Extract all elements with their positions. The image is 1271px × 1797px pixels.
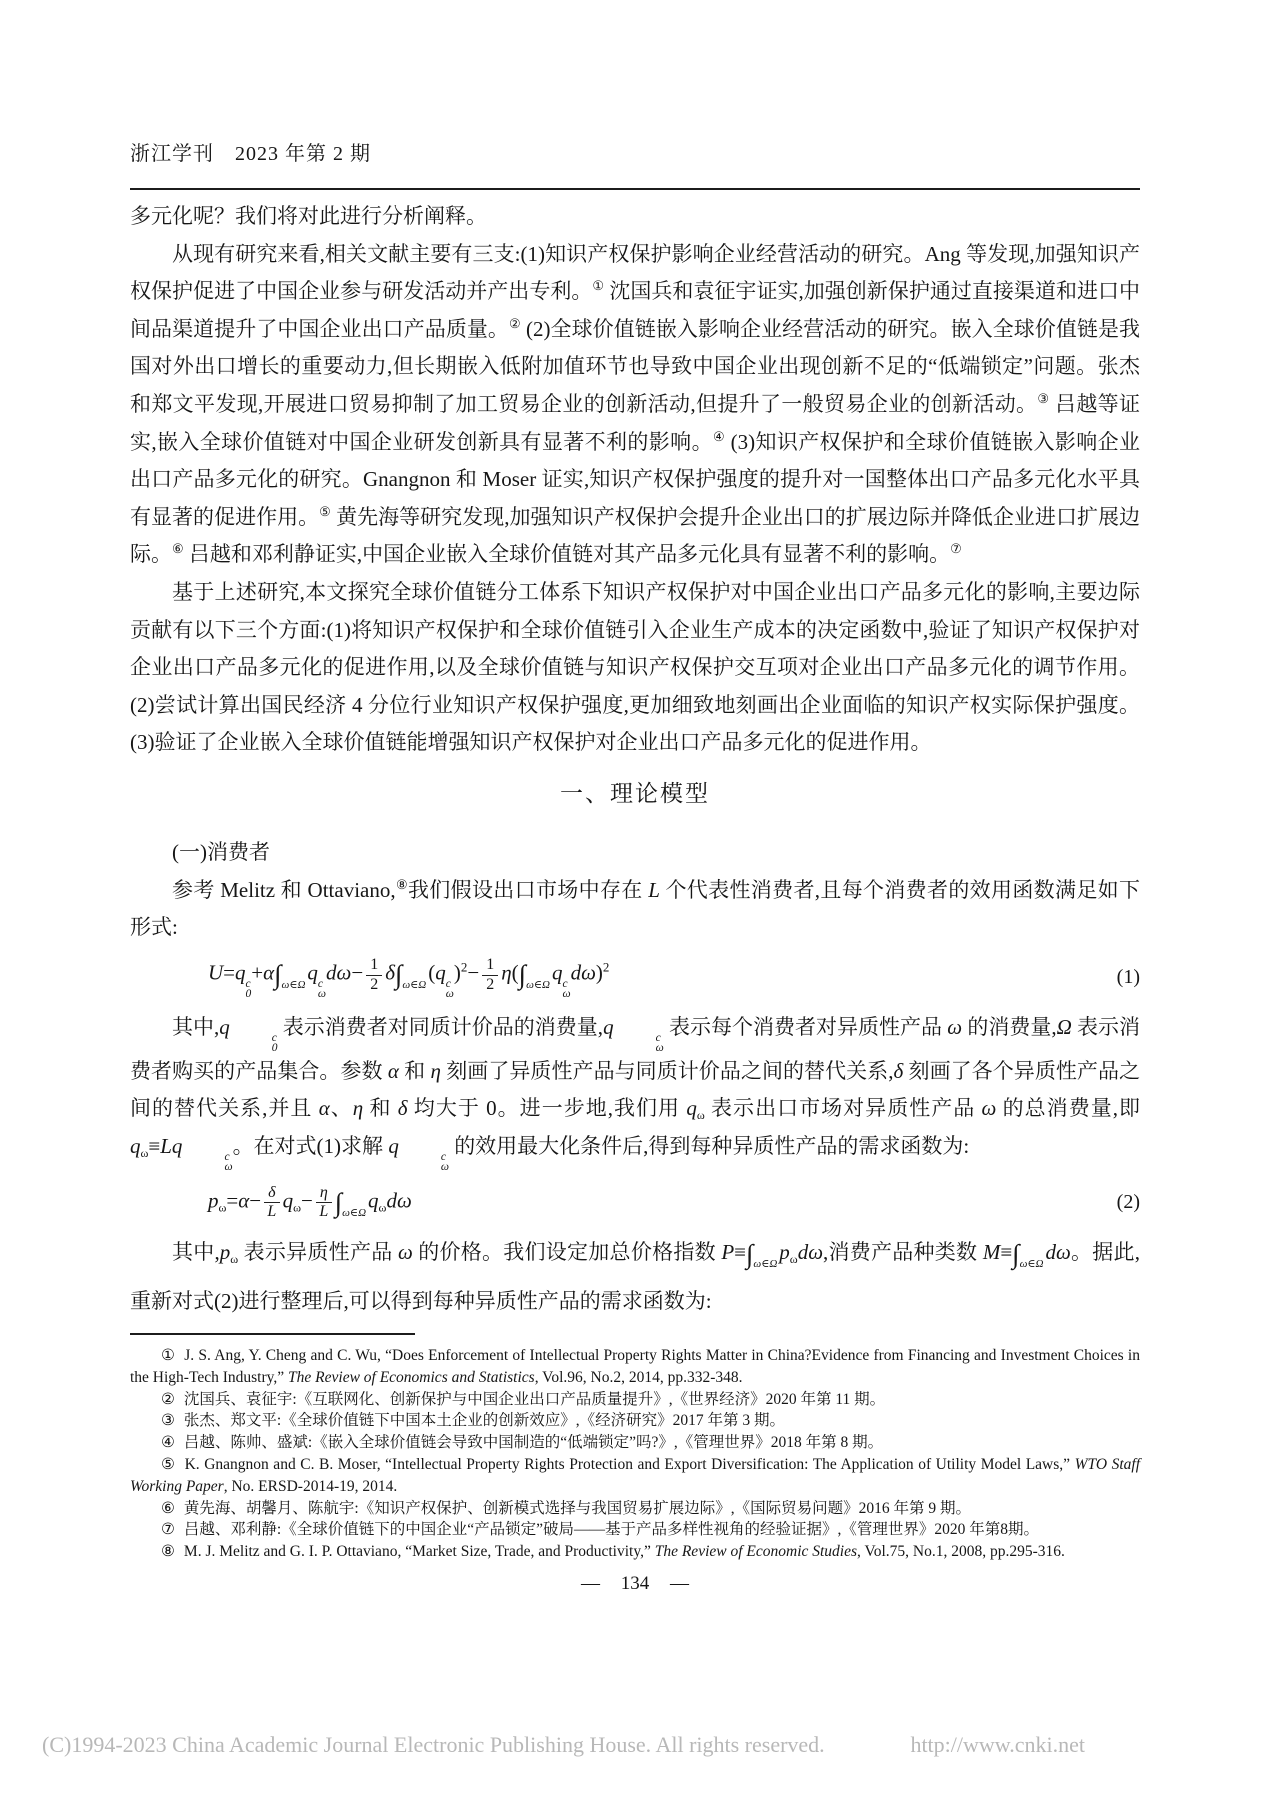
journal-header: 浙江学刊 2023 年第 2 期 (130, 141, 1140, 167)
page-number: — 134 — (130, 1573, 1140, 1595)
footnote-item: ①J. S. Ang, Y. Cheng and C. Wu, “Does En… (130, 1345, 1140, 1389)
equation-1-body: U=qc0+α∫ω∈Ωqcωdω−12δ∫ω∈Ω(qcω)2−12η(∫ω∈Ωq… (208, 956, 609, 999)
footnote-number: ③ (161, 1412, 175, 1429)
footnote-number: ④ (161, 1434, 175, 1451)
paragraph-consumer-setup: 参考 Melitz 和 Ottaviano,⑧我们假设出口市场中存在 L 个代表… (130, 872, 1140, 947)
subsection-heading: (一)消费者 (130, 834, 1140, 872)
footnote-text: K. Gnangnon and C. B. Moser, “Intellectu… (130, 1456, 1140, 1495)
equation-2-body: pω=α−δLqω−ηL∫ω∈Ωqωdω (208, 1184, 412, 1222)
paragraph-equation1-explanation: 其中,qc0 表示消费者对同质计价品的消费量,qcω 表示每个消费者对异质性产品… (130, 1009, 1140, 1172)
watermark-copyright: (C)1994-2023 China Academic Journal Elec… (42, 1732, 825, 1758)
footnote-text: 吕越、邓利静:《全球价值链下的中国企业“产品锁定”破局——基于产品多样性视角的经… (184, 1521, 1039, 1538)
footnote-item: ⑦吕越、邓利静:《全球价值链下的中国企业“产品锁定”破局——基于产品多样性视角的… (130, 1519, 1140, 1541)
footnote-item: ②沈国兵、袁征宇:《互联网化、创新保护与中国企业出口产品质量提升》,《世界经济》… (130, 1389, 1140, 1411)
footnote-item: ⑧M. J. Melitz and G. I. P. Ottaviano, “M… (130, 1541, 1140, 1563)
header-rule (130, 188, 1140, 190)
journal-page: 浙江学刊 2023 年第 2 期 多元化呢？我们将对此进行分析阐释。 从现有研究… (0, 0, 1271, 1797)
footnote-text: J. S. Ang, Y. Cheng and C. Wu, “Does Enf… (130, 1347, 1140, 1386)
footnote-separator (130, 1333, 415, 1335)
footnote-number: ⑤ (161, 1456, 176, 1473)
footnote-text: 吕越、陈帅、盛斌:《嵌入全球价值链会导致中国制造的“低端锁定”吗?》,《管理世界… (184, 1434, 883, 1451)
page-content: 浙江学刊 2023 年第 2 期 多元化呢？我们将对此进行分析阐释。 从现有研究… (0, 141, 1271, 1595)
section-heading: 一、理论模型 (130, 779, 1140, 809)
footnote-text: 张杰、郑文平:《全球价值链下中国本土企业的创新效应》,《经济研究》2017 年第… (184, 1412, 785, 1429)
watermark: (C)1994-2023 China Academic Journal Elec… (42, 1732, 1085, 1758)
footnote-item: ③张杰、郑文平:《全球价值链下中国本土企业的创新效应》,《经济研究》2017 年… (130, 1410, 1140, 1432)
paragraph-contributions: 基于上述研究,本文探究全球价值链分工体系下知识产权保护对中国企业出口产品多元化的… (130, 574, 1140, 762)
paragraph-literature-review: 从现有研究来看,相关文献主要有三支:(1)知识产权保护影响企业经营活动的研究。A… (130, 236, 1140, 574)
footnote-item: ⑤K. Gnangnon and C. B. Moser, “Intellect… (130, 1454, 1140, 1498)
equation-2-number: (2) (1117, 1191, 1140, 1214)
footnote-number: ① (161, 1347, 175, 1364)
equation-1: U=qc0+α∫ω∈Ωqcωdω−12δ∫ω∈Ω(qcω)2−12η(∫ω∈Ωq… (130, 953, 1140, 1003)
footnote-number: ⑦ (161, 1521, 175, 1538)
watermark-url: http://www.cnki.net (910, 1732, 1085, 1758)
footnote-item: ⑥黄先海、胡馨月、陈航宇:《知识产权保护、创新模式选择与我国贸易扩展边际》,《国… (130, 1498, 1140, 1520)
footnote-number: ② (161, 1391, 175, 1408)
paragraph-equation2-explanation: 其中,pω 表示异质性产品 ω 的价格。我们设定加总价格指数 P≡∫ω∈Ωpωd… (130, 1234, 1140, 1321)
footnote-number: ⑧ (161, 1543, 175, 1560)
footnote-text: 黄先海、胡馨月、陈航宇:《知识产权保护、创新模式选择与我国贸易扩展边际》,《国际… (184, 1500, 971, 1517)
equation-2: pω=α−δLqω−ηL∫ω∈Ωqωdω (2) (130, 1178, 1140, 1228)
footnote-text: 沈国兵、袁征宇:《互联网化、创新保护与中国企业出口产品质量提升》,《世界经济》2… (184, 1391, 885, 1408)
equation-1-number: (1) (1117, 966, 1140, 989)
paragraph-continuation: 多元化呢？我们将对此进行分析阐释。 (130, 198, 1140, 236)
footnote-item: ④吕越、陈帅、盛斌:《嵌入全球价值链会导致中国制造的“低端锁定”吗?》,《管理世… (130, 1432, 1140, 1454)
footnote-number: ⑥ (161, 1500, 175, 1517)
footnote-text: M. J. Melitz and G. I. P. Ottaviano, “Ma… (184, 1543, 1065, 1560)
footnotes: ①J. S. Ang, Y. Cheng and C. Wu, “Does En… (130, 1345, 1140, 1563)
